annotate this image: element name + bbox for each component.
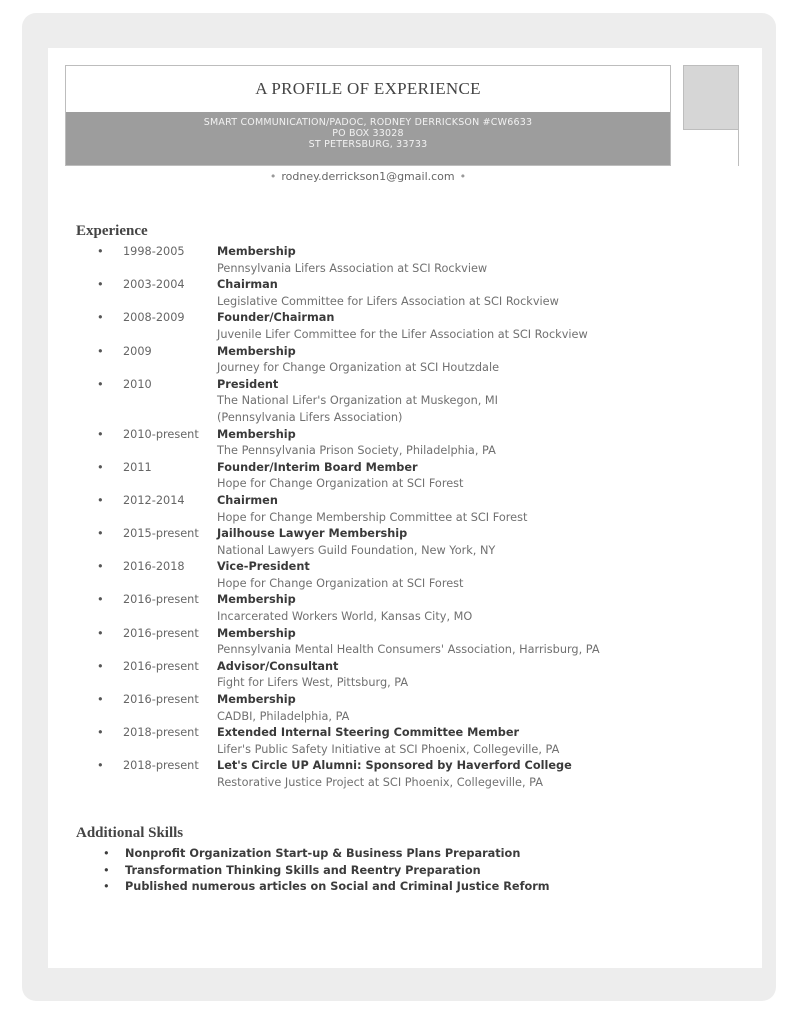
skill-text: Nonprofit Organization Start-up & Busine… — [125, 847, 520, 860]
separator-dot: • — [455, 170, 472, 183]
experience-item: •2008-2009Founder/ChairmanJuvenile Lifer… — [97, 310, 697, 343]
bullet-icon: • — [97, 493, 104, 510]
experience-role: Membership — [217, 427, 697, 444]
decorative-divider — [738, 130, 739, 166]
experience-role: Founder/Interim Board Member — [217, 460, 697, 477]
experience-organization: The Pennsylvania Prison Society, Philade… — [217, 443, 697, 460]
experience-role: Membership — [217, 244, 697, 261]
experience-date: 2018-present — [123, 758, 199, 775]
experience-item: •2012-2014ChairmenHope for Change Member… — [97, 493, 697, 526]
experience-organization: Incarcerated Workers World, Kansas City,… — [217, 609, 697, 626]
experience-item: •2016-presentMembershipCADBI, Philadelph… — [97, 692, 697, 725]
bullet-icon: • — [97, 277, 104, 294]
experience-item: •2015-presentJailhouse Lawyer Membership… — [97, 526, 697, 559]
experience-role: Founder/Chairman — [217, 310, 697, 327]
bullet-icon: • — [103, 846, 110, 863]
experience-role: Membership — [217, 692, 697, 709]
experience-role: Chairman — [217, 277, 697, 294]
experience-item: •2018-presentExtended Internal Steering … — [97, 725, 697, 758]
experience-role: President — [217, 377, 697, 394]
skill-item: •Transformation Thinking Skills and Reen… — [103, 863, 550, 880]
experience-item: •2010PresidentThe National Lifer's Organ… — [97, 377, 697, 427]
experience-role: Extended Internal Steering Committee Mem… — [217, 725, 697, 742]
bullet-icon: • — [97, 526, 104, 543]
page-title: A PROFILE OF EXPERIENCE — [66, 79, 670, 99]
address-line: ST PETERSBURG, 33733 — [66, 139, 670, 150]
experience-date: 2018-present — [123, 725, 199, 742]
bullet-icon: • — [103, 863, 110, 880]
bullet-icon: • — [97, 758, 104, 775]
bullet-icon: • — [97, 427, 104, 444]
experience-organization: Lifer's Public Safety Initiative at SCI … — [217, 742, 697, 759]
bullet-icon: • — [97, 460, 104, 477]
skill-item: •Nonprofit Organization Start-up & Busin… — [103, 846, 550, 863]
experience-date: 2010 — [123, 377, 152, 394]
experience-role: Advisor/Consultant — [217, 659, 697, 676]
bullet-icon: • — [97, 626, 104, 643]
experience-organization: Pennsylvania Lifers Association at SCI R… — [217, 261, 697, 278]
experience-role: Jailhouse Lawyer Membership — [217, 526, 697, 543]
skills-list: •Nonprofit Organization Start-up & Busin… — [103, 846, 550, 896]
experience-role: Membership — [217, 344, 697, 361]
experience-organization: Juvenile Lifer Committee for the Lifer A… — [217, 327, 697, 344]
email-link[interactable]: rodney.derrickson1@gmail.com — [281, 170, 454, 183]
experience-date: 2010-present — [123, 427, 199, 444]
bullet-icon: • — [97, 377, 104, 394]
experience-organization: Pennsylvania Mental Health Consumers' As… — [217, 642, 697, 659]
bullet-icon: • — [97, 659, 104, 676]
experience-date: 2016-2018 — [123, 559, 185, 576]
skills-heading: Additional Skills — [76, 825, 183, 842]
decorative-corner-square — [683, 65, 739, 130]
experience-organization: Hope for Change Membership Committee at … — [217, 510, 697, 527]
experience-date: 2016-present — [123, 659, 199, 676]
experience-date: 2003-2004 — [123, 277, 185, 294]
experience-date: 2009 — [123, 344, 152, 361]
experience-item: •1998-2005MembershipPennsylvania Lifers … — [97, 244, 697, 277]
experience-heading: Experience — [76, 223, 148, 240]
separator-dot: • — [265, 170, 282, 183]
experience-date: 2012-2014 — [123, 493, 185, 510]
bullet-icon: • — [97, 310, 104, 327]
experience-item: •2009MembershipJourney for Change Organi… — [97, 344, 697, 377]
header-box: A PROFILE OF EXPERIENCE SMART COMMUNICAT… — [65, 65, 671, 166]
bullet-icon: • — [97, 692, 104, 709]
experience-date: 2016-present — [123, 626, 199, 643]
bullet-icon: • — [97, 344, 104, 361]
experience-role: Membership — [217, 626, 697, 643]
address-line: PO BOX 33028 — [66, 128, 670, 139]
experience-item: •2016-presentMembershipPennsylvania Ment… — [97, 626, 697, 659]
experience-date: 2008-2009 — [123, 310, 185, 327]
experience-role: Vice-President — [217, 559, 697, 576]
experience-role: Let's Circle UP Alumni: Sponsored by Hav… — [217, 758, 697, 775]
experience-item: •2010-presentMembershipThe Pennsylvania … — [97, 427, 697, 460]
experience-date: 2015-present — [123, 526, 199, 543]
skill-item: •Published numerous articles on Social a… — [103, 879, 550, 896]
skill-text: Published numerous articles on Social an… — [125, 880, 550, 893]
experience-organization: CADBI, Philadelphia, PA — [217, 709, 697, 726]
experience-organization: The National Lifer's Organization at Mus… — [217, 393, 697, 410]
experience-organization: Journey for Change Organization at SCI H… — [217, 360, 697, 377]
experience-organization: National Lawyers Guild Foundation, New Y… — [217, 543, 697, 560]
experience-item: •2003-2004ChairmanLegislative Committee … — [97, 277, 697, 310]
bullet-icon: • — [97, 592, 104, 609]
experience-role: Membership — [217, 592, 697, 609]
experience-organization: (Pennsylvania Lifers Association) — [217, 410, 697, 427]
experience-item: •2016-presentAdvisor/ConsultantFight for… — [97, 659, 697, 692]
bullet-icon: • — [97, 244, 104, 261]
experience-organization: Hope for Change Organization at SCI Fore… — [217, 576, 697, 593]
experience-item: •2011Founder/Interim Board MemberHope fo… — [97, 460, 697, 493]
bullet-icon: • — [97, 559, 104, 576]
experience-list: •1998-2005MembershipPennsylvania Lifers … — [97, 244, 697, 792]
address-line: SMART COMMUNICATION/PADOC, RODNEY DERRIC… — [66, 117, 670, 128]
skill-text: Transformation Thinking Skills and Reent… — [125, 864, 481, 877]
experience-organization: Legislative Committee for Lifers Associa… — [217, 294, 697, 311]
experience-date: 1998-2005 — [123, 244, 185, 261]
experience-date: 2016-present — [123, 592, 199, 609]
email-line: •rodney.derrickson1@gmail.com• — [65, 170, 671, 183]
experience-date: 2011 — [123, 460, 152, 477]
experience-item: •2018-presentLet's Circle UP Alumni: Spo… — [97, 758, 697, 791]
bullet-icon: • — [103, 879, 110, 896]
experience-organization: Hope for Change Organization at SCI Fore… — [217, 476, 697, 493]
experience-item: •2016-2018Vice-PresidentHope for Change … — [97, 559, 697, 592]
experience-date: 2016-present — [123, 692, 199, 709]
bullet-icon: • — [97, 725, 104, 742]
experience-organization: Restorative Justice Project at SCI Phoen… — [217, 775, 697, 792]
experience-organization: Fight for Lifers West, Pittsburg, PA — [217, 675, 697, 692]
experience-item: •2016-presentMembershipIncarcerated Work… — [97, 592, 697, 625]
contact-address-band: SMART COMMUNICATION/PADOC, RODNEY DERRIC… — [66, 112, 670, 165]
experience-role: Chairmen — [217, 493, 697, 510]
